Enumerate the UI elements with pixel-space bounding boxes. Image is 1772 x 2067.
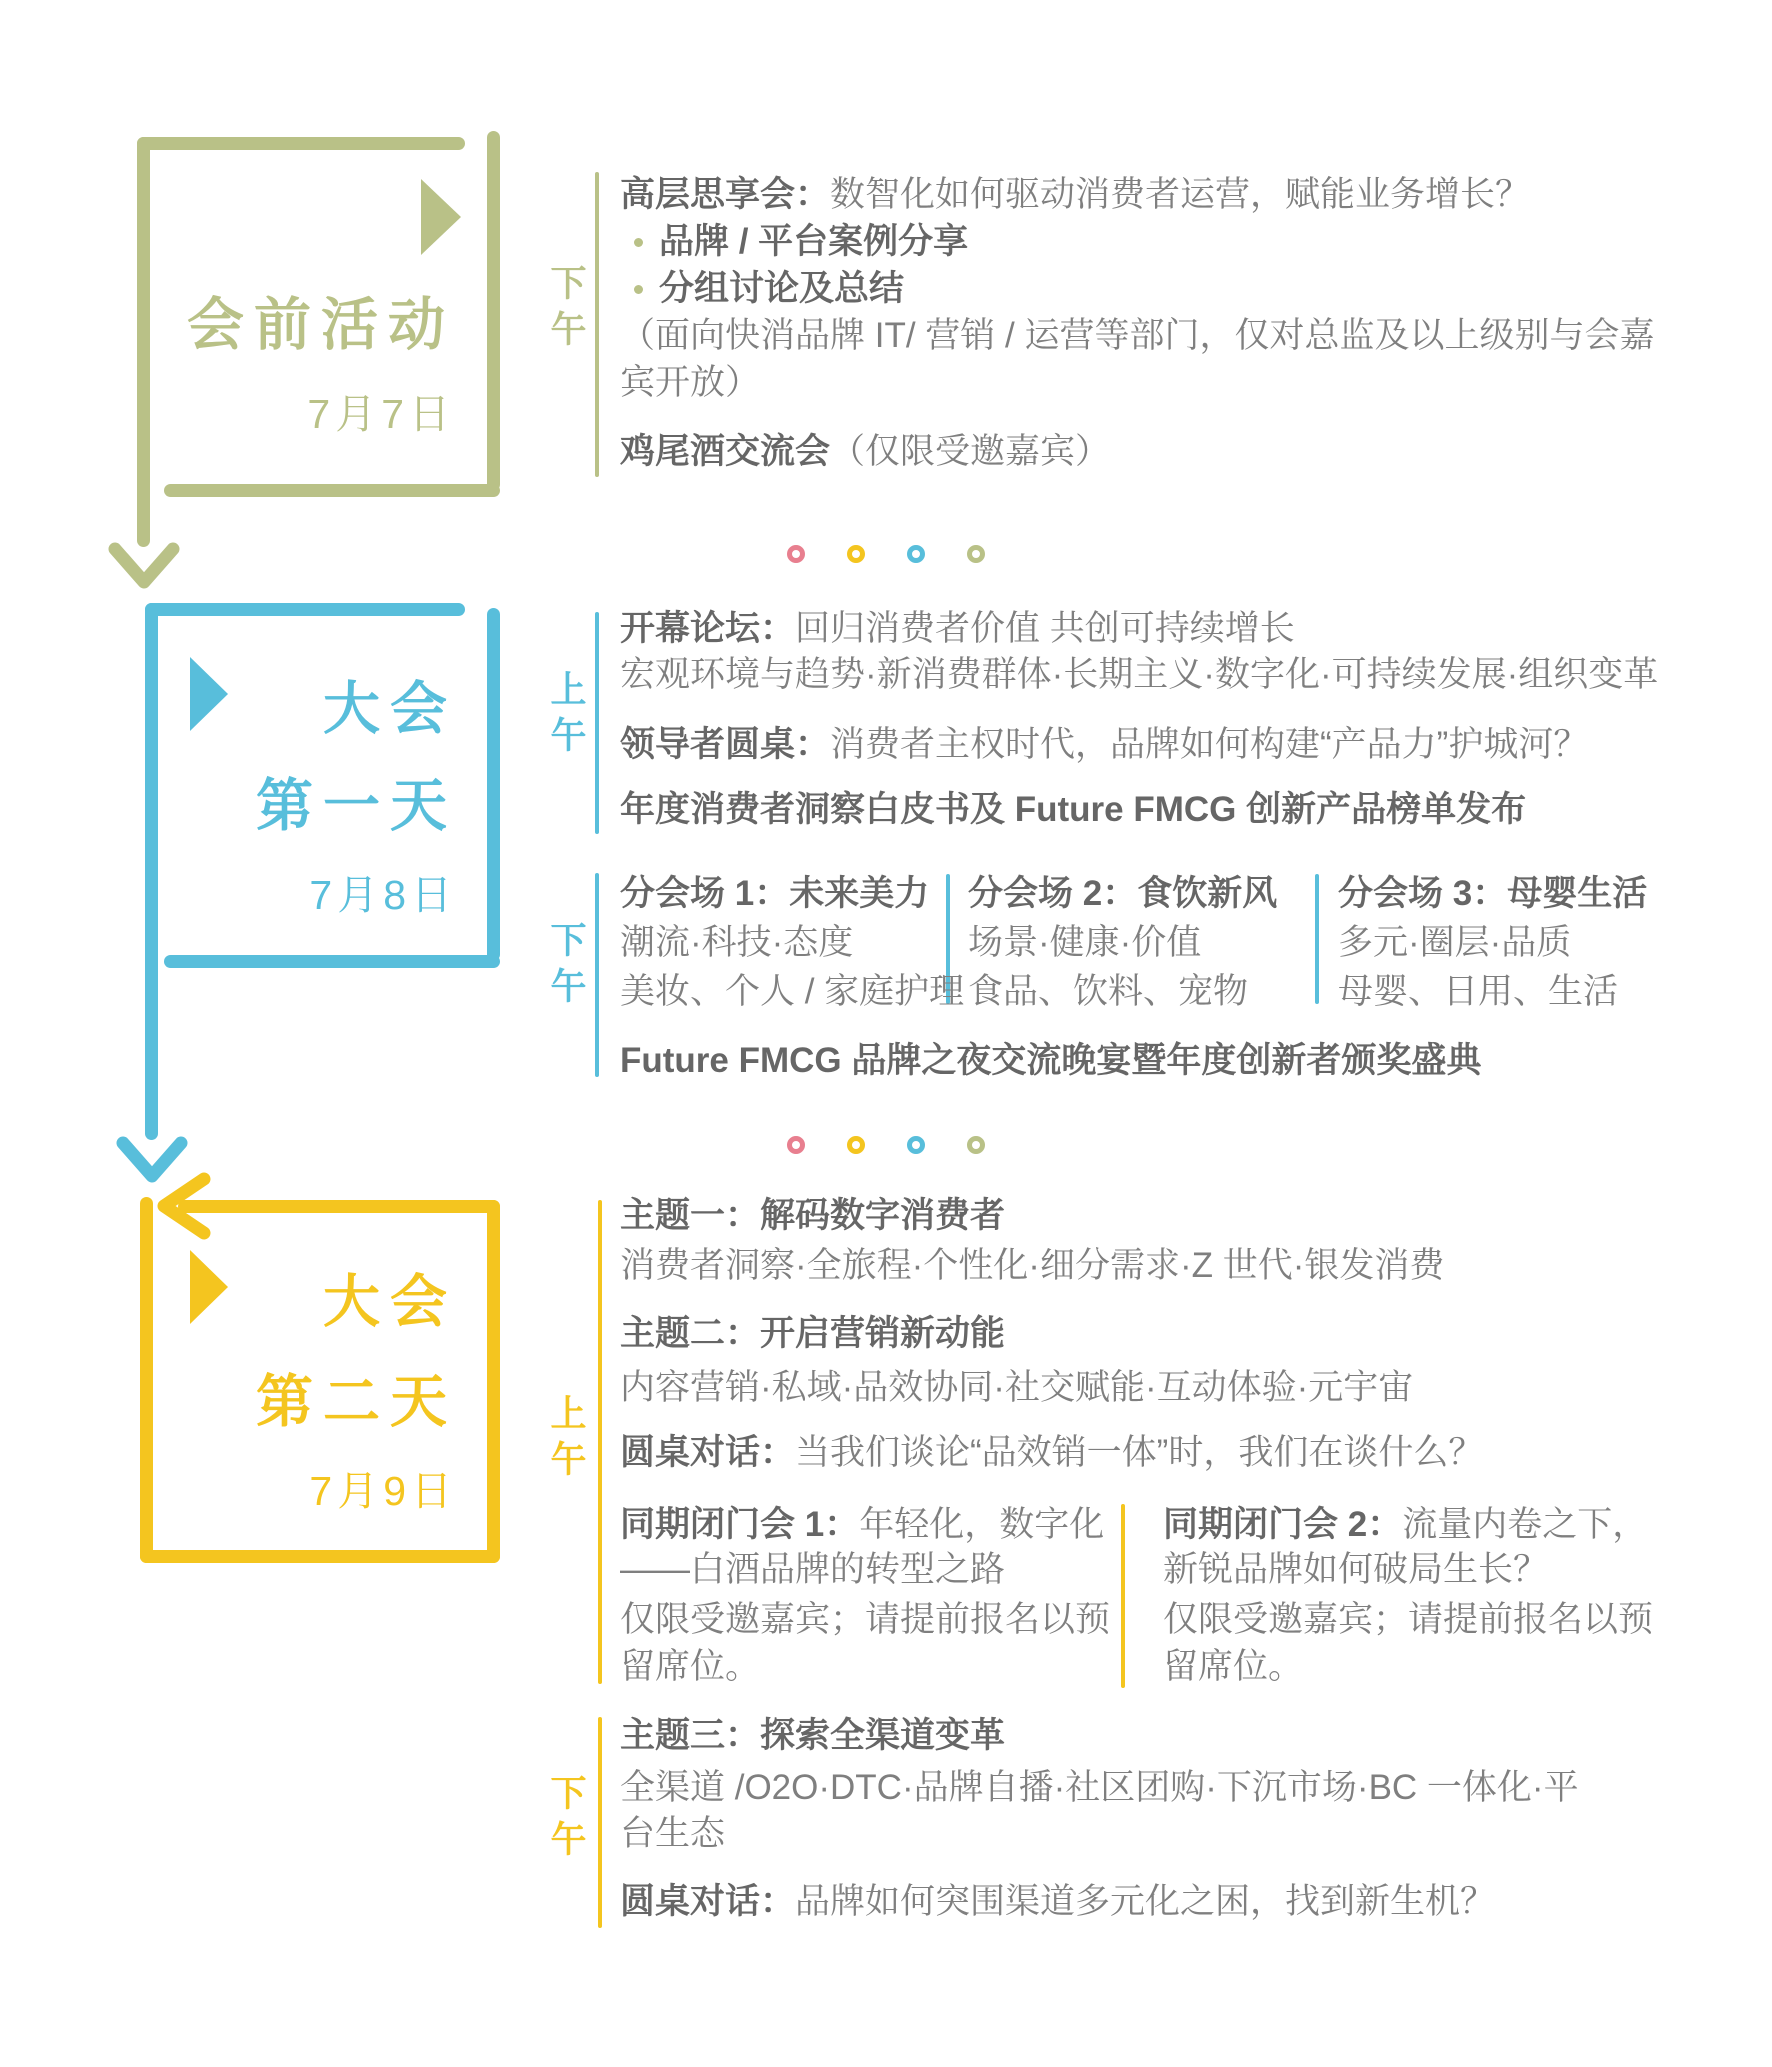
section-separator-dots	[787, 1136, 985, 1154]
session-label: 高层思享会：	[620, 175, 830, 214]
day2-box-right-edge	[487, 1200, 500, 1563]
agenda-line-cocktail: 鸡尾酒交流会（仅限受邀嘉宾）	[620, 428, 1110, 476]
closed-door-2-line4: 留席位。	[1163, 1643, 1303, 1691]
agenda-roundtable-am: 圆桌对话：当我们谈论“品效销一体”时，我们在谈什么？	[620, 1429, 1483, 1477]
dot-icon-pink	[787, 1136, 805, 1154]
track1-keywords: 潮流·科技·态度	[620, 919, 853, 967]
track3-categories: 母婴、日用、生活	[1338, 968, 1618, 1016]
agenda-theme3-topics-line2: 台生态	[620, 1810, 725, 1858]
day1-box-bottom-edge	[164, 955, 500, 968]
agenda-bullet-1: 品牌 / 平台案例分享	[634, 218, 968, 266]
day2-afternoon-label: 下午	[541, 1774, 592, 1866]
pre-event-box-right-edge	[487, 131, 500, 491]
dot-icon-olive	[967, 545, 985, 563]
dot-icon-pink	[787, 545, 805, 563]
timeline-rule	[595, 172, 599, 477]
section-separator-dots	[787, 545, 985, 563]
closed-door-2-line3: 仅限受邀嘉宾；请提前报名以预	[1163, 1596, 1653, 1644]
agenda-theme3: 主题三：探索全渠道变革	[620, 1712, 1005, 1760]
closed-door-1-line2: ——白酒品牌的转型之路	[620, 1546, 1005, 1594]
pre-event-period-label: 下午	[541, 264, 592, 356]
day2-box-top-edge	[178, 1200, 500, 1213]
agenda-gala: Future FMCG 品牌之夜交流晚宴暨年度创新者颁奖盛典	[620, 1037, 1481, 1085]
day2-box-bottom-edge	[140, 1550, 500, 1563]
track2-keywords: 场景·健康·价值	[968, 919, 1201, 967]
day1-morning-label: 上午	[541, 670, 592, 762]
dot-icon-blue	[907, 1136, 925, 1154]
closed-door-2-title: 同期闭门会 2：流量内卷之下，	[1163, 1501, 1647, 1549]
agenda-theme1-topics: 消费者洞察·全旅程·个性化·细分需求·Z 世代·银发消费	[620, 1242, 1444, 1290]
day2-morning-label: 上午	[541, 1394, 592, 1486]
agenda-theme3-topics-line1: 全渠道 /O2O·DTC·品牌自播·社区团购·下沉市场·BC 一体化·平	[620, 1764, 1579, 1812]
day1-box-right-edge	[487, 608, 500, 961]
closed-door-1-line3: 仅限受邀嘉宾；请提前报名以预	[620, 1596, 1110, 1644]
day1-date: 7月8日	[140, 862, 457, 921]
day1-box-top-edge	[145, 603, 465, 616]
day2-title-line2: 第二天	[140, 1356, 457, 1438]
pre-event-date: 7月7日	[140, 381, 455, 440]
bullet-dot-icon	[634, 285, 643, 294]
track2-title: 分会场 2：食饮新风	[968, 870, 1277, 918]
dot-icon-olive	[967, 1136, 985, 1154]
day1-title-line2: 第一天	[140, 760, 457, 842]
closed-door-divider	[1121, 1504, 1125, 1688]
pre-event-box-top-edge	[137, 137, 465, 150]
agenda-bullet-2: 分组讨论及总结	[634, 265, 904, 313]
agenda-whitepaper: 年度消费者洞察白皮书及 Future FMCG 创新产品榜单发布	[620, 786, 1526, 834]
closed-door-2-line2: 新锐品牌如何破局生长？	[1163, 1546, 1548, 1594]
timeline-rule	[595, 612, 599, 834]
dot-icon-blue	[907, 545, 925, 563]
track1-categories: 美妆、个人 / 家庭护理	[620, 968, 964, 1016]
agenda-line-forum: 高层思享会：数智化如何驱动消费者运营，赋能业务增长？	[620, 171, 1530, 219]
session-text: （仅限受邀嘉宾）	[830, 432, 1110, 471]
arrow-down-icon	[108, 542, 180, 590]
bullet-dot-icon	[634, 238, 643, 247]
session-text: 数智化如何驱动消费者运营，赋能业务增长？	[830, 175, 1530, 214]
dot-icon-yellow	[847, 545, 865, 563]
closed-door-1-line4: 留席位。	[620, 1643, 760, 1691]
agenda-theme1: 主题一：解码数字消费者	[620, 1192, 1005, 1240]
track-divider	[1315, 874, 1319, 1004]
timeline-rule	[595, 873, 599, 1077]
agenda-roundtable-pm: 圆桌对话：品牌如何突围渠道多元化之困，找到新生机？	[620, 1878, 1495, 1926]
day2-date: 7月9日	[140, 1458, 457, 1517]
dot-icon-yellow	[847, 1136, 865, 1154]
track2-categories: 食品、饮料、宠物	[968, 968, 1248, 1016]
agenda-note-line2: 宾开放）	[620, 359, 760, 407]
agenda-opening-topics: 宏观环境与趋势·新消费群体·长期主义·数字化·可持续发展·组织变革	[620, 651, 1658, 699]
play-triangle-icon	[421, 179, 461, 255]
track3-title: 分会场 3：母婴生活	[1338, 870, 1647, 918]
closed-door-1-title: 同期闭门会 1：年轻化，数字化	[620, 1501, 1104, 1549]
day2-title-line1: 大会	[140, 1256, 457, 1338]
day1-afternoon-label: 下午	[541, 921, 592, 1013]
arrow-left-icon	[152, 1172, 212, 1240]
agenda-line-roundtable: 领导者圆桌：消费者主权时代，品牌如何构建“产品力”护城河？	[620, 721, 1588, 769]
track1-title: 分会场 1：未来美力	[620, 870, 929, 918]
timeline-rule	[598, 1200, 602, 1684]
timeline-rule	[598, 1717, 602, 1928]
track3-keywords: 多元·圈层·品质	[1338, 919, 1571, 967]
pre-event-box-bottom-edge	[164, 484, 500, 497]
day1-title-line1: 大会	[140, 663, 457, 745]
agenda-note-line1: （面向快消品牌 IT/ 营销 / 运营等部门，仅对总监及以上级别与会嘉	[620, 312, 1654, 360]
agenda-line-opening: 开幕论坛：回归消费者价值 共创可持续增长	[620, 605, 1295, 653]
agenda-theme2-topics: 内容营销·私域·品效协同·社交赋能·互动体验·元宇宙	[620, 1364, 1413, 1412]
pre-event-title: 会前活动	[140, 279, 455, 361]
session-label: 鸡尾酒交流会	[620, 432, 830, 471]
agenda-theme2: 主题二：开启营销新动能	[620, 1310, 1005, 1358]
conference-agenda-poster: 会前活动 7月7日 下午 高层思享会：数智化如何驱动消费者运营，赋能业务增长？ …	[0, 0, 1772, 2067]
